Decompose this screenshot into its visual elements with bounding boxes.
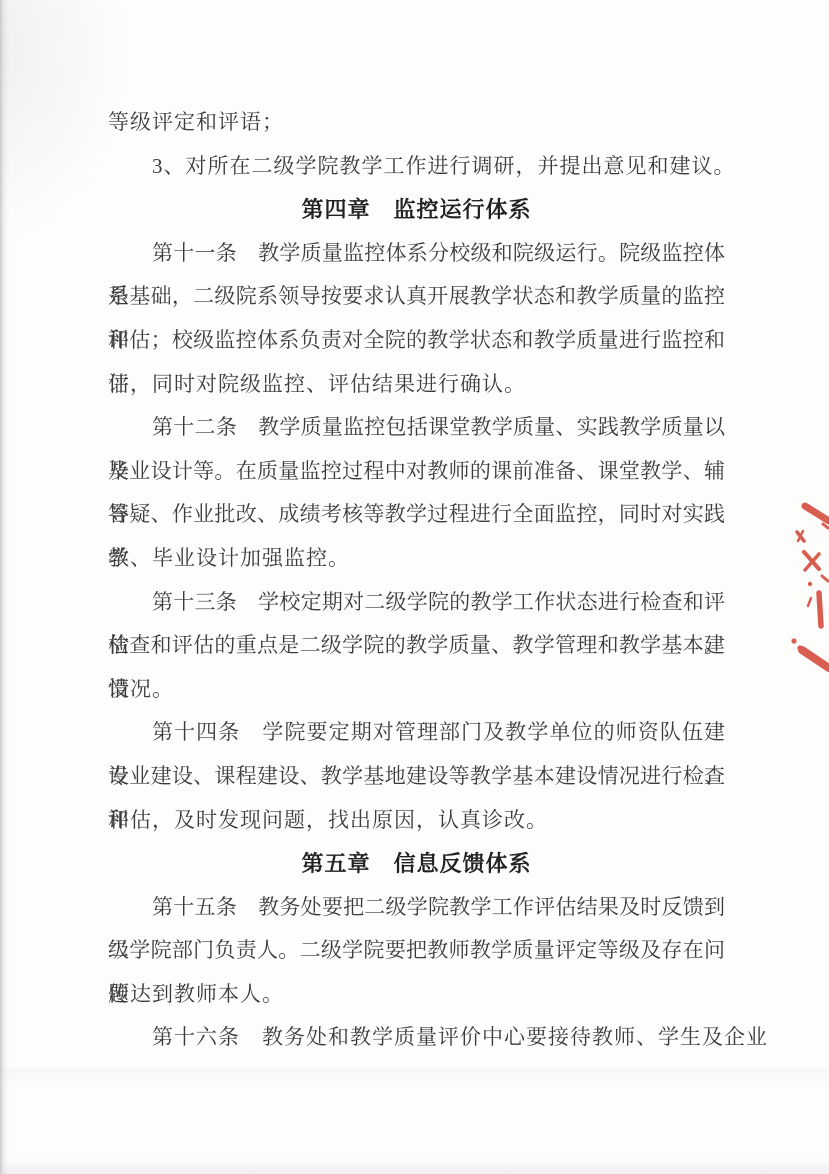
red-seal-stamp-fragment <box>789 498 829 678</box>
text-line: 评估，及时发现问题，找出原因，认真诊改。 <box>108 799 725 843</box>
text-line: 第十四条 学院要定期对管理部门及教学单位的师资队伍建设、 <box>108 711 725 755</box>
scan-left-edge-shadow <box>0 0 10 1174</box>
text-line: 是基础，二级院系领导按要求认真开展教学状态和教学质量的监控和 <box>108 275 725 319</box>
text-line: 级学院部门负责人。二级学院要把教师教学质量评定等级及存在问题 <box>108 929 725 973</box>
text-line: 专业建设、课程建设、教学基地建设等教学基本建设情况进行检查和 <box>108 755 725 799</box>
text-line: 第十五条 教务处要把二级学院教学工作评估结果及时反馈到二 <box>108 886 725 930</box>
text-line: 答疑、作业批改、成绩考核等教学过程进行全面监控，同时对实践教 <box>108 493 725 537</box>
chapter-heading: 第四章 监控运行体系 <box>108 188 725 232</box>
text-line: 估，同时对院级监控、评估结果进行确认。 <box>108 363 725 407</box>
text-line: 第十三条 学校定期对二级学院的教学工作状态进行检查和评估。 <box>108 581 725 625</box>
text-line: 第十六条 教务处和教学质量评价中心要接待教师、学生及企业 <box>108 1016 725 1060</box>
scan-bottom-edge-shadow <box>0 1158 829 1174</box>
text-line: 传达到教师本人。 <box>108 973 725 1017</box>
text-line: 等级评定和评语； <box>108 101 725 145</box>
text-line: 情况。 <box>108 668 725 712</box>
text-line: 第十一条 教学质量监控体系分校级和院级运行。院级监控体系 <box>108 232 725 276</box>
chapter-heading: 第五章 信息反馈体系 <box>108 842 725 886</box>
text-line: 学、毕业设计加强监控。 <box>108 537 725 581</box>
text-line: 评估；校级监控体系负责对全院的教学状态和教学质量进行监控和评 <box>108 319 725 363</box>
document-page: 等级评定和评语；3、对所在二级学院教学工作进行调研，并提出意见和建议。第四章 监… <box>0 0 829 1174</box>
document-body: 等级评定和评语；3、对所在二级学院教学工作进行调研，并提出意见和建议。第四章 监… <box>108 101 725 1060</box>
text-line: 第十二条 教学质量监控包括课堂教学质量、实践教学质量以及 <box>108 406 725 450</box>
text-line: 检查和评估的重点是二级学院的教学质量、教学管理和教学基本建设 <box>108 624 725 668</box>
scan-band-artifact <box>0 1068 829 1090</box>
text-line: 3、对所在二级学院教学工作进行调研，并提出意见和建议。 <box>108 145 725 189</box>
text-line: 毕业设计等。在质量监控过程中对教师的课前准备、课堂教学、辅导 <box>108 450 725 494</box>
